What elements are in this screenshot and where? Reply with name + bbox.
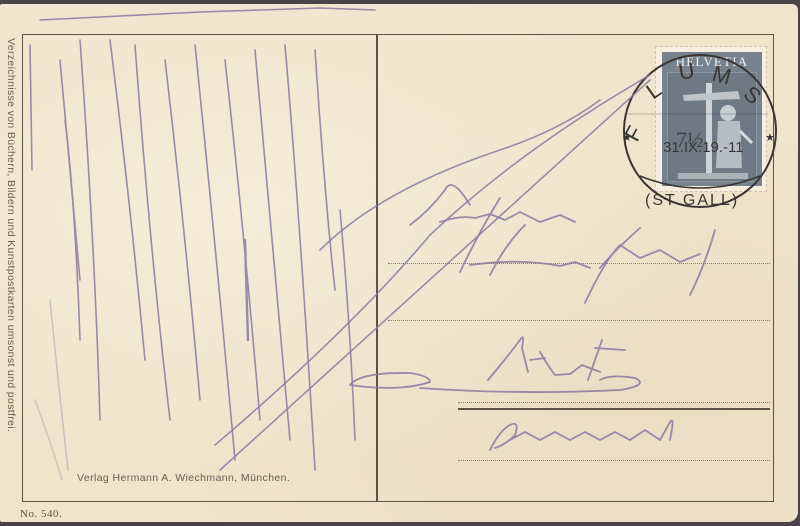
- address-line-3: [458, 402, 770, 403]
- catalog-number: No. 540.: [20, 508, 62, 520]
- side-imprint: Verzeichnisse von Büchern, Bildern und K…: [3, 38, 19, 502]
- address-underline: [458, 408, 770, 410]
- center-divider: [376, 34, 378, 502]
- postage-stamp: HELVETIA 7½: [655, 46, 767, 192]
- stamp-value: 7½: [676, 127, 704, 153]
- address-line-1: [388, 263, 770, 264]
- postcard-back: Verzeichnisse von Büchern, Bildern und K…: [0, 4, 798, 522]
- stamp-country: HELVETIA: [662, 54, 762, 70]
- publisher-line: Verlag Hermann A. Wiechmann, München.: [77, 472, 290, 484]
- stamp-design: HELVETIA 7½: [662, 52, 762, 186]
- address-line-4: [458, 460, 770, 461]
- address-line-2: [388, 320, 770, 321]
